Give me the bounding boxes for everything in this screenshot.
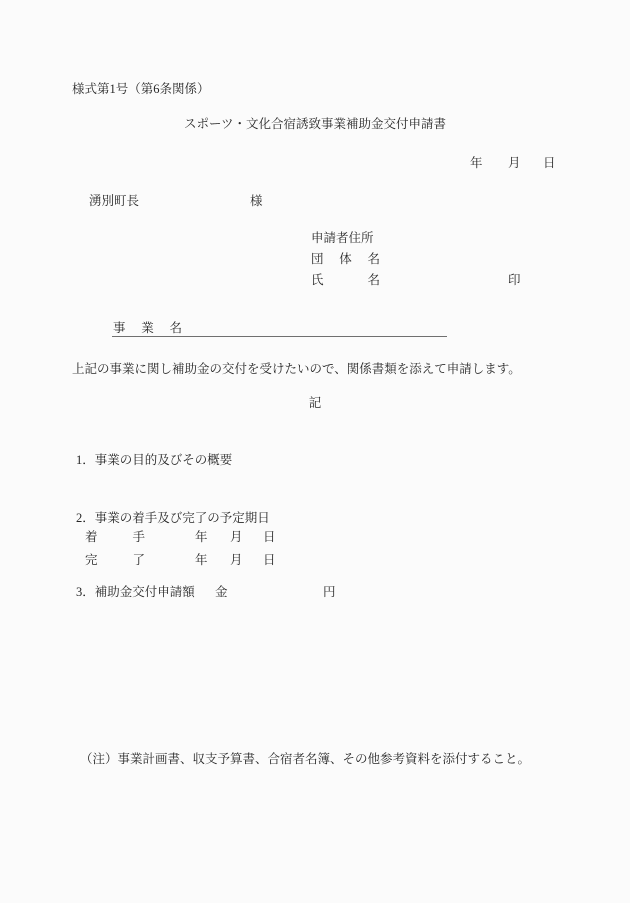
schedule-end-day-label: 日 — [263, 552, 276, 568]
project-name-label: 事 業 名 — [113, 320, 182, 336]
applicant-organization-label: 団 体 名 — [311, 251, 380, 267]
schedule-start-label-text: 着 手 — [85, 529, 145, 545]
date-month-label: 月 — [508, 155, 521, 171]
date-year-label: 年 — [470, 155, 483, 171]
applicant-name-label-text: 氏 名 — [311, 272, 380, 288]
schedule-end-label: 完 了 — [85, 552, 145, 568]
attachment-note: （注）事業計画書、収支予算書、合宿者名簿、その他参考資料を添付すること。 — [80, 751, 530, 767]
schedule-start-year-label: 年 — [195, 529, 208, 545]
addressee-honorific: 様 — [250, 193, 263, 209]
section-2-heading: 2．事業の着手及び完了の予定期日 — [76, 510, 270, 526]
section-1-heading: 1．事業の目的及びその概要 — [76, 452, 232, 468]
applicant-name-label: 氏 名 — [311, 272, 380, 288]
schedule-start-month-label: 月 — [230, 529, 243, 545]
project-name-field: 事 業 名 — [112, 320, 447, 337]
section-3-heading: 3．補助金交付申請額 — [76, 584, 195, 600]
document-page: 様式第1号（第6条関係） スポーツ・文化合宿誘致事業補助金交付申請書 年 月 日… — [0, 0, 630, 903]
applicant-organization-label-text: 団 体 名 — [311, 251, 380, 267]
statement-text: 上記の事業に関し補助金の交付を受けたいので、関係書類を添えて申請します。 — [72, 361, 521, 377]
document-title: スポーツ・文化合宿誘致事業補助金交付申請書 — [0, 116, 630, 132]
list-marker: 記 — [0, 395, 630, 411]
date-day-label: 日 — [543, 155, 556, 171]
addressee-name: 湧別町長 — [89, 193, 139, 209]
schedule-end-year-label: 年 — [195, 552, 208, 568]
seal-mark: 印 — [508, 272, 521, 288]
amount-currency-prefix: 金 — [215, 584, 228, 600]
schedule-end-month-label: 月 — [230, 552, 243, 568]
applicant-address-label: 申請者住所 — [311, 230, 374, 246]
schedule-start-day-label: 日 — [263, 529, 276, 545]
schedule-end-label-text: 完 了 — [85, 552, 145, 568]
form-number: 様式第1号（第6条関係） — [72, 81, 210, 97]
schedule-start-label: 着 手 — [85, 529, 145, 545]
amount-currency-suffix: 円 — [323, 584, 336, 600]
